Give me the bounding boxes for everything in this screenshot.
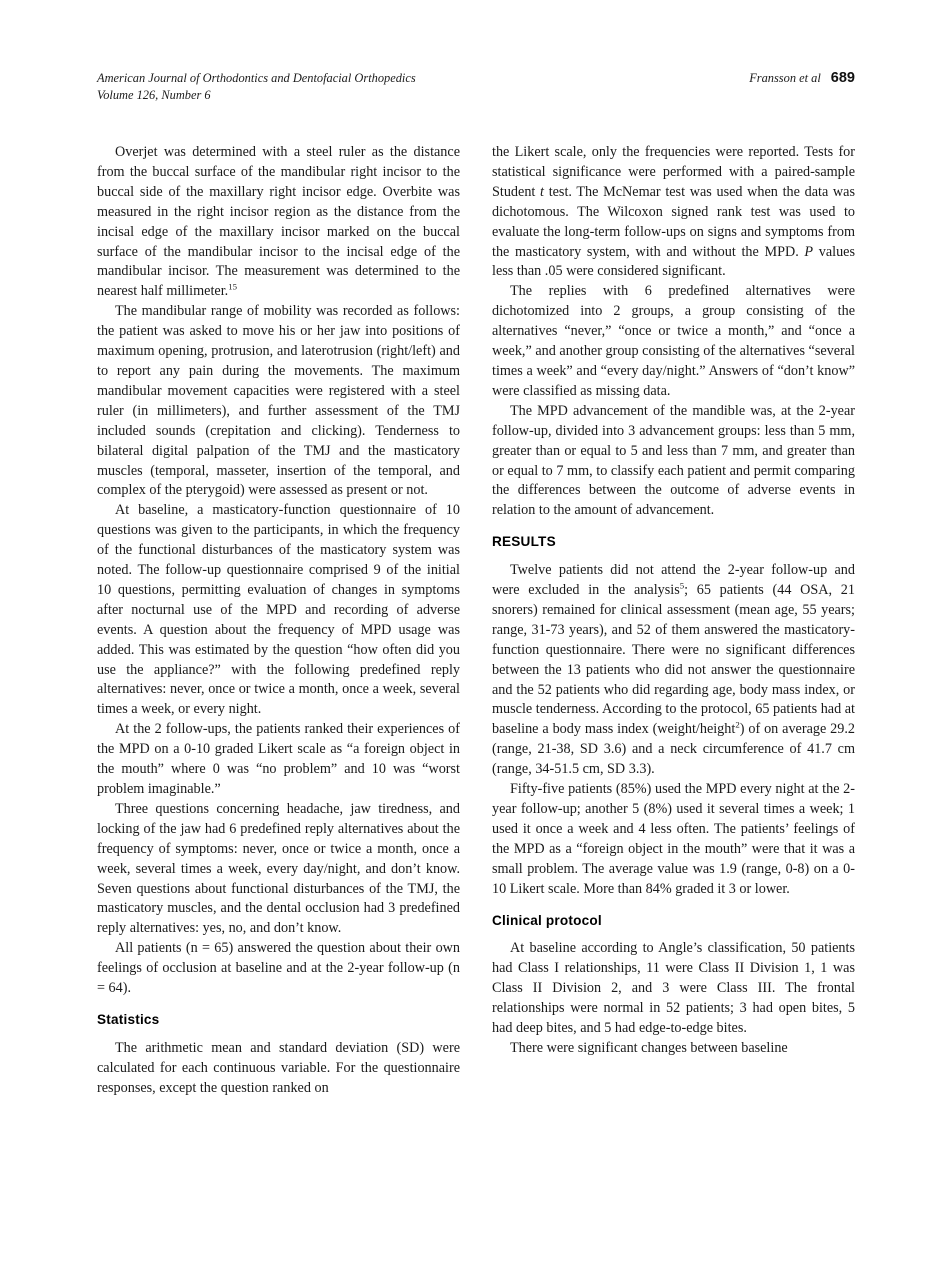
italic-text: P <box>804 244 813 260</box>
section-heading: Clinical protocol <box>492 911 855 931</box>
paragraph: Fifty-five patients (85%) used the MPD e… <box>492 780 855 899</box>
superscript-reference: 2 <box>735 720 739 730</box>
page-number: 689 <box>831 70 855 86</box>
paragraph: At the 2 follow-ups, the patients ranked… <box>97 720 460 800</box>
journal-title: American Journal of Orthodontics and Den… <box>97 70 416 87</box>
paragraph: the Likert scale, only the frequencies w… <box>492 143 855 282</box>
right-column: the Likert scale, only the frequencies w… <box>492 143 855 1099</box>
body-columns: Overjet was determined with a steel rule… <box>97 143 855 1099</box>
paragraph: All patients (n = 65) answered the quest… <box>97 939 460 999</box>
italic-text: t <box>540 184 544 200</box>
superscript-reference: 5 <box>680 580 684 590</box>
paragraph: At baseline, a masticatory-function ques… <box>97 501 460 720</box>
left-column: Overjet was determined with a steel rule… <box>97 143 460 1099</box>
paragraph: There were significant changes between b… <box>492 1039 855 1059</box>
page-header: American Journal of Orthodontics and Den… <box>97 70 855 104</box>
paragraph: Three questions concerning headache, jaw… <box>97 800 460 939</box>
running-authors: Fransson et al <box>749 71 821 86</box>
paragraph: The MPD advancement of the mandible was,… <box>492 402 855 521</box>
header-right: Fransson et al 689 <box>749 70 855 86</box>
superscript-reference: 15 <box>228 282 237 292</box>
section-heading: Statistics <box>97 1010 460 1030</box>
paragraph: The arithmetic mean and standard deviati… <box>97 1039 460 1099</box>
journal-volume-issue: Volume 126, Number 6 <box>97 87 416 104</box>
paragraph: At baseline according to Angle’s classif… <box>492 939 855 1039</box>
paragraph: The replies with 6 predefined alternativ… <box>492 282 855 401</box>
section-heading: RESULTS <box>492 532 855 552</box>
paragraph: Overjet was determined with a steel rule… <box>97 143 460 302</box>
paragraph: Twelve patients did not attend the 2-yea… <box>492 561 855 780</box>
journal-page: American Journal of Orthodontics and Den… <box>0 0 950 1272</box>
paragraph: The mandibular range of mobility was rec… <box>97 302 460 501</box>
journal-info: American Journal of Orthodontics and Den… <box>97 70 416 104</box>
